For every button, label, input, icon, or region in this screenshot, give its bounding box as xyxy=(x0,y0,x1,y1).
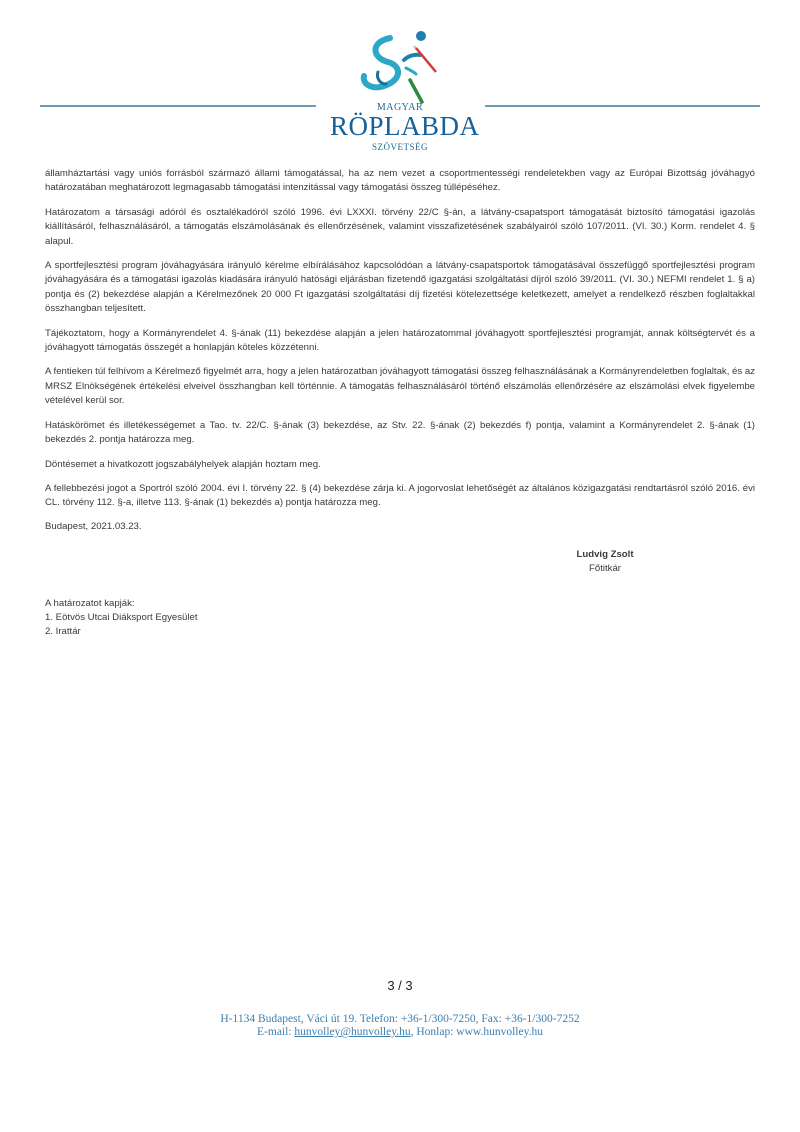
volleyball-player-logo-icon xyxy=(350,28,450,108)
signature-block: Ludvig Zsolt Főtitkár xyxy=(555,548,655,576)
paragraph: államháztartási vagy uniós forrásból szá… xyxy=(45,167,755,196)
footer-contact: H-1134 Budapest, Váci út 19. Telefon: +3… xyxy=(0,1013,800,1039)
document-body: államháztartási vagy uniós forrásból szá… xyxy=(45,167,755,521)
letterhead: MAGYAR RÖPLABDA SZÖVETSÉG xyxy=(0,0,800,160)
signatory-title: Főtitkár xyxy=(555,562,655,576)
footer-address: H-1134 Budapest, Váci út 19. Telefon: +3… xyxy=(0,1013,800,1026)
paragraph: Határozatom a társasági adóról és osztal… xyxy=(45,206,755,249)
footer-links: E-mail: hunvolley@hunvolley.hu, Honlap: … xyxy=(0,1026,800,1039)
recipient-item: 1. Eötvös Utcai Diáksport Egyesület xyxy=(45,611,198,625)
paragraph: Döntésemet a hivatkozott jogszabályhelye… xyxy=(45,458,755,472)
paragraph: Tájékoztatom, hogy a Kormányrendelet 4. … xyxy=(45,327,755,356)
header-divider-left xyxy=(40,105,316,107)
paragraph: Hatáskörömet és illetékességemet a Tao. … xyxy=(45,419,755,448)
page-number: 3 / 3 xyxy=(0,978,800,993)
federation-logo: MAGYAR RÖPLABDA SZÖVETSÉG xyxy=(330,20,470,160)
document-date: Budapest, 2021.03.23. xyxy=(45,521,142,532)
website-link[interactable]: www.hunvolley.hu xyxy=(456,1026,543,1038)
paragraph: A sportfejlesztési program jóváhagyására… xyxy=(45,259,755,317)
brand-bottom-text: SZÖVETSÉG xyxy=(330,142,470,152)
paragraph: A fentieken túl felhívom a Kérelmező fig… xyxy=(45,365,755,408)
email-link[interactable]: hunvolley@hunvolley.hu xyxy=(294,1026,410,1038)
recipient-item: 2. Irattár xyxy=(45,625,198,639)
paragraph: A fellebbezési jogot a Sportról szóló 20… xyxy=(45,482,755,511)
header-divider-right xyxy=(485,105,760,107)
email-label: E-mail: xyxy=(257,1026,294,1038)
website-label: , Honlap: xyxy=(411,1026,457,1038)
signatory-name: Ludvig Zsolt xyxy=(555,548,655,562)
recipients-heading: A határozatot kapják: xyxy=(45,597,198,611)
recipients-list: A határozatot kapják: 1. Eötvös Utcai Di… xyxy=(45,597,198,639)
brand-name: RÖPLABDA xyxy=(330,112,470,140)
